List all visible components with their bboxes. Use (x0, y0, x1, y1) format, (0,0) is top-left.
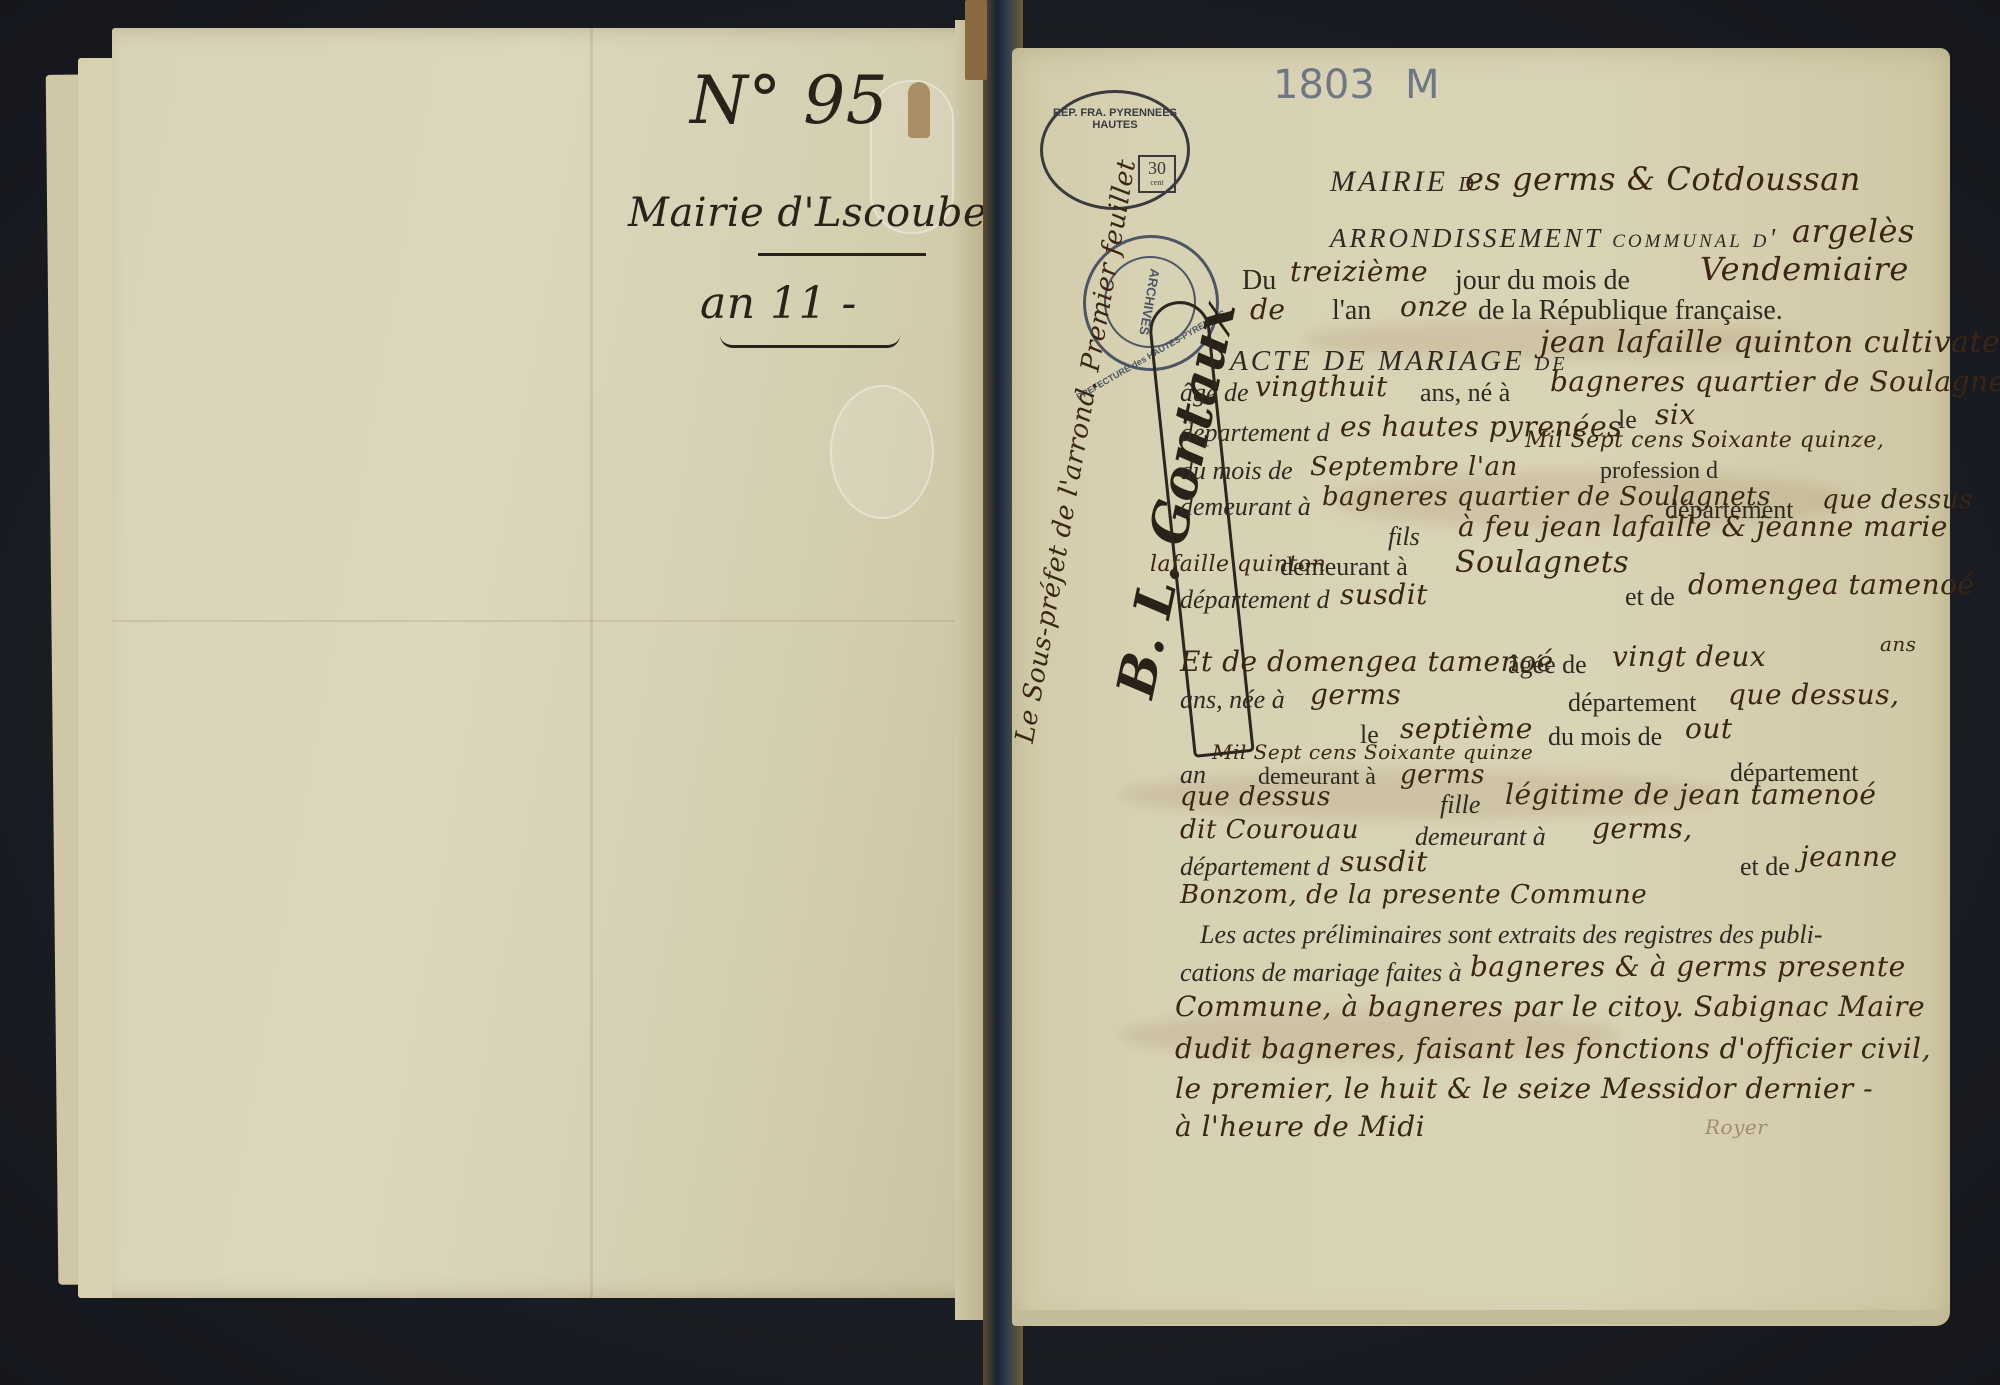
hw-year: onze (1400, 290, 1468, 323)
printed-publications: cations de mariage faites à (1180, 958, 1462, 988)
hw-bride-mother: jeanne (1800, 840, 1898, 873)
hw-bride-birth-year: Mil Sept cens Soixante quinze (1212, 740, 1533, 764)
printed-mairie: MAIRIE d (1330, 165, 1477, 199)
printed-age-de: âgé de (1180, 378, 1249, 408)
hw-parents-residence: Soulagnets (1455, 545, 1629, 580)
hw-bride-residence: germs (1400, 760, 1485, 790)
hw-ans: ans (1880, 632, 1917, 656)
hw-publication-places: bagneres & à germs presente (1470, 950, 1906, 983)
printed-republique: de la République française. (1478, 295, 1783, 327)
tax-stamp-value-box: 30 cent (1138, 155, 1176, 193)
hw-mairie-name: es germs & Cotdoussan (1465, 160, 1861, 198)
printed-lan: l'an (1332, 295, 1371, 327)
hw-groom-name: jean lafaille quinton cultivateur (1540, 325, 2000, 360)
hw-bride-father: légitime de jean tamenoé (1505, 778, 1876, 811)
right-page-edge (1012, 1310, 1942, 1324)
left-mairie-title: Mairie d'Lscoube (628, 190, 987, 236)
hw-bride-name: domengea tamenoé (1688, 568, 1975, 601)
printed-actes-preliminaires: Les actes préliminaires sont extraits de… (1200, 920, 1823, 950)
printed-du-mois-de: du mois de (1180, 456, 1293, 486)
tax-stamp-value: 30 (1148, 158, 1166, 178)
left-page-fold-horizontal (112, 620, 982, 622)
hw-susdit: susdit (1340, 578, 1428, 611)
hw-publication-time: à l'heure de Midi (1175, 1110, 1425, 1143)
left-page-fold-vertical (590, 28, 593, 1298)
printed-du-mois-de-2: du mois de (1548, 722, 1662, 752)
printed-ans-nee-a: ans, née à (1180, 685, 1285, 715)
printed-et-de: et de (1625, 582, 1675, 612)
hw-publication-line-2: Commune, à bagneres par le citoy. Sabign… (1175, 990, 1925, 1023)
hw-bride-mother-surname: Bonzom, de la presente Commune (1180, 880, 1647, 910)
printed-departement-6: département d (1180, 852, 1329, 882)
printed-departement-3: département d (1180, 585, 1329, 615)
hw-de: de (1250, 293, 1286, 326)
hw-bride-name-2: Et de domengea tamenoé (1180, 645, 1554, 678)
binding-tie (965, 0, 987, 80)
hw-day: treizième (1290, 255, 1428, 288)
hw-groom-birth-month: Septembre l'an (1310, 452, 1518, 482)
hw-bride-birth-month: out (1685, 712, 1733, 745)
left-year: an 11 - (700, 278, 857, 329)
hw-que-dessus-2: que dessus, (1728, 678, 1899, 711)
pencil-year: 1803 (1273, 62, 1375, 108)
hw-susdit-2: susdit (1340, 845, 1428, 878)
paper-hole (908, 82, 930, 138)
register-number: N° 95 (690, 62, 888, 139)
hw-groom-birth-year: Mil Sept cens Soixante quinze, (1525, 428, 1884, 453)
hw-groom-parents: à feu jean lafaille & jeanne marie (1458, 510, 1948, 543)
hw-publication-dates: le premier, le huit & le seize Messidor … (1175, 1072, 1873, 1105)
hw-month: Vendemiaire (1700, 250, 1909, 288)
hw-groom-birthplace: bagneres quartier de Soulagnets (1550, 365, 2000, 398)
printed-ans-ne-a: ans, né à (1420, 378, 1510, 408)
hw-groom-age: vingthuit (1255, 370, 1388, 403)
hw-bride-birthplace: germs (1310, 678, 1401, 711)
flourish (720, 335, 900, 348)
printed-demeurant-a-4: demeurant à (1415, 822, 1546, 852)
printed-departement: département d (1180, 418, 1329, 448)
tax-stamp-text: REP. FRA. PYRENNEES HAUTES (1043, 107, 1187, 131)
printed-fille: fille (1440, 790, 1480, 820)
printed-departement-4: département (1568, 688, 1697, 718)
faint-bleed-text: Royer (1705, 1115, 1767, 1139)
underline (758, 253, 926, 256)
printed-et-de-2: et de (1740, 852, 1790, 882)
hw-publication-line-3: dudit bagneres, faisant les fonctions d'… (1175, 1032, 1931, 1065)
printed-agee-de: âgée de (1508, 650, 1587, 680)
tax-stamp-unit: cent (1140, 179, 1174, 187)
embossed-seal-icon (830, 385, 934, 519)
hw-bride-age: vingt deux (1612, 640, 1766, 673)
printed-fils: fils (1388, 522, 1420, 552)
pencil-mark: M (1405, 62, 1440, 108)
hw-arrondissement: argelès (1792, 212, 1915, 250)
hw-father-residence: germs, (1592, 812, 1693, 845)
hw-que-dessus-3: que dessus (1180, 782, 1331, 812)
printed-profession: profession d (1600, 458, 1718, 485)
printed-demeurant-a: demeurant à (1180, 492, 1311, 522)
hw-groom-birthday: six (1655, 398, 1696, 431)
printed-jour-du-mois: jour du mois de (1455, 265, 1630, 297)
hw-dit-courouau: dit Courouau (1180, 815, 1359, 845)
